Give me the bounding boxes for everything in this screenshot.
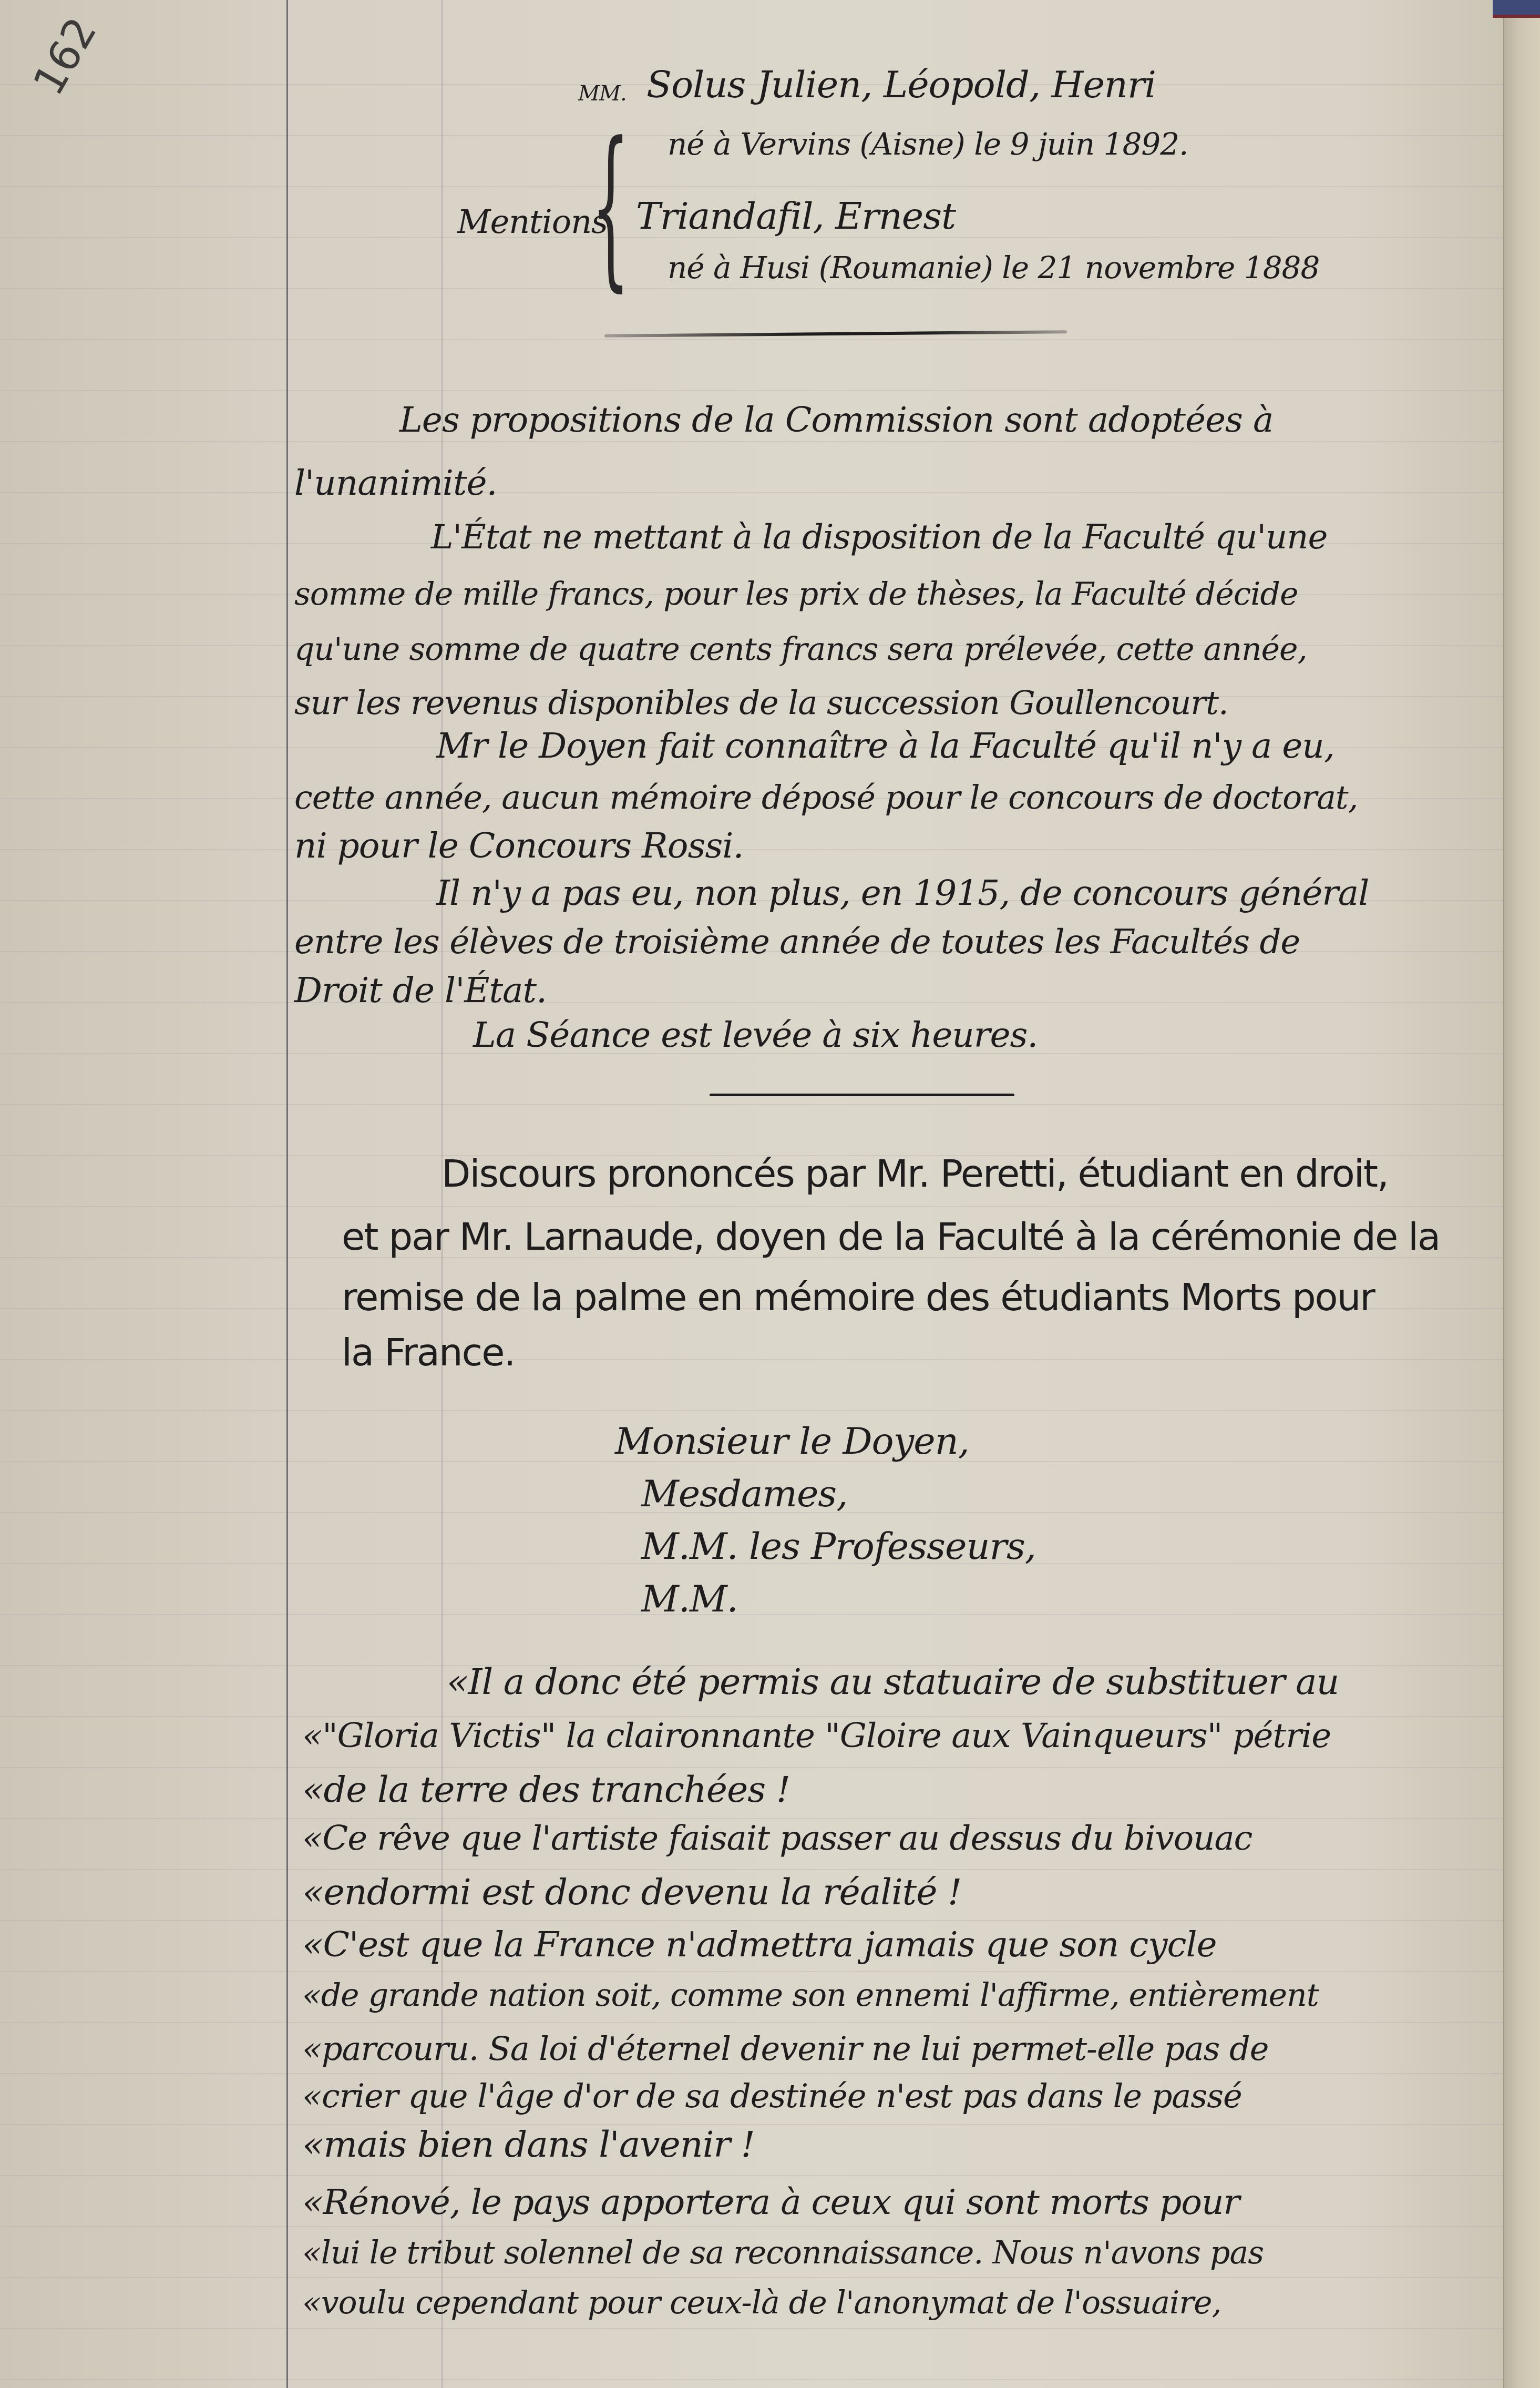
ruled-line	[0, 849, 1503, 850]
ruled-line	[0, 2328, 1503, 2329]
mention-name: Solus Julien, Léopold, Henri	[646, 63, 1156, 106]
speech-line: «Il a donc été permis au statuaire de su…	[447, 1661, 1339, 1703]
minutes-line: Droit de l'État.	[294, 970, 547, 1011]
ruled-line	[0, 2277, 1503, 2278]
brace-glyph: {	[591, 105, 630, 307]
speech-line: «C'est que la France n'admettra jamais q…	[302, 1924, 1217, 1965]
minutes-line: La Séance est levée à six heures.	[473, 1015, 1038, 1055]
minutes-line: sur les revenus disponibles de la succes…	[294, 683, 1228, 722]
section-divider	[710, 1094, 1014, 1096]
minutes-line: ni pour le Concours Rossi.	[294, 825, 743, 866]
ruled-line	[0, 1206, 1503, 1207]
ruled-line	[0, 2022, 1503, 2023]
speech-line: «mais bien dans l'avenir !	[302, 2124, 755, 2166]
discours-heading-line: la France.	[342, 1330, 515, 1374]
left-margin-rule	[286, 0, 288, 2388]
discours-heading-line: et par Mr. Larnaude, doyen de la Faculté…	[342, 1215, 1440, 1259]
minutes-line: Les propositions de la Commission sont a…	[399, 400, 1273, 440]
speech-line: «"Gloria Victis" la claironnante "Gloire…	[302, 1717, 1331, 1756]
salutation-line: Monsieur le Doyen,	[615, 1420, 969, 1463]
ruled-line	[0, 492, 1503, 493]
speech-line: «crier que l'âge d'or de sa destinée n'e…	[302, 2077, 1242, 2115]
salutation-line: M.M. les Professeurs,	[641, 1525, 1036, 1568]
mentions-label: Mentions	[457, 202, 608, 241]
ruled-line	[0, 288, 1503, 289]
minutes-line: L'État ne mettant à la disposition de la…	[431, 518, 1327, 557]
mention-name: Triandafil, Ernest	[636, 195, 956, 238]
minutes-line: cette année, aucun mémoire déposé pour l…	[294, 778, 1358, 817]
minutes-line: somme de mille francs, pour les prix de …	[294, 576, 1298, 613]
speech-line: «Ce rêve que l'artiste faisait passer au…	[302, 1819, 1252, 1858]
minutes-line: Il n'y a pas eu, non plus, en 1915, de c…	[436, 873, 1369, 913]
ruled-line	[0, 441, 1503, 442]
ruled-line	[0, 2379, 1503, 2380]
ruled-line	[0, 1359, 1503, 1360]
speech-line: «voulu cependant pour ceux-là de l'anony…	[302, 2284, 1221, 2321]
speech-line: «Rénové, le pays apportera à ceux qui so…	[302, 2182, 1239, 2222]
ruled-line	[0, 1410, 1503, 1411]
minutes-line: l'unanimité.	[294, 463, 497, 503]
page-edge	[1503, 0, 1540, 2388]
ruled-line	[0, 2226, 1503, 2227]
discours-heading-line: Discours prononcés par Mr. Peretti, étud…	[442, 1151, 1388, 1196]
ruled-line	[0, 339, 1503, 340]
speech-line: «endormi est donc devenu la réalité !	[302, 1872, 961, 1913]
speech-line: «lui le tribut solennel de sa reconnaiss…	[302, 2234, 1264, 2271]
discours-heading-line: remise de la palme en mémoire des étudia…	[342, 1275, 1374, 1319]
ruled-line	[0, 186, 1503, 187]
salutation-line: Mesdames,	[641, 1472, 848, 1515]
ruled-line	[0, 1104, 1503, 1105]
minutes-line: qu'une somme de quatre cents francs sera…	[294, 631, 1307, 668]
ruled-line	[0, 1869, 1503, 1870]
mentions-prefix: MM.	[578, 81, 627, 106]
ruled-line	[0, 1614, 1503, 1615]
minutes-line: entre les élèves de troisième année de t…	[294, 923, 1300, 962]
mention-birth: né à Vervins (Aisne) le 9 juin 1892.	[668, 126, 1188, 162]
ruled-line	[0, 1971, 1503, 1972]
speech-line: «parcouru. Sa loi d'éternel devenir ne l…	[302, 2029, 1268, 2068]
ruled-line	[0, 390, 1503, 391]
speech-line: «de la terre des tranchées !	[302, 1769, 790, 1811]
ruled-line	[0, 2073, 1503, 2074]
speech-line: «de grande nation soit, comme son ennemi…	[302, 1977, 1319, 2014]
minutes-line: Mr le Doyen fait connaître à la Faculté …	[436, 726, 1334, 766]
ruled-line	[0, 1920, 1503, 1921]
book-cover-corner	[1493, 0, 1540, 18]
ruled-line	[0, 1767, 1503, 1768]
ruled-line	[0, 1002, 1503, 1003]
mention-birth: né à Husi (Roumanie) le 21 novembre 1888	[668, 250, 1319, 285]
salutation-line: M.M.	[641, 1577, 738, 1620]
ruled-line	[0, 2175, 1503, 2176]
